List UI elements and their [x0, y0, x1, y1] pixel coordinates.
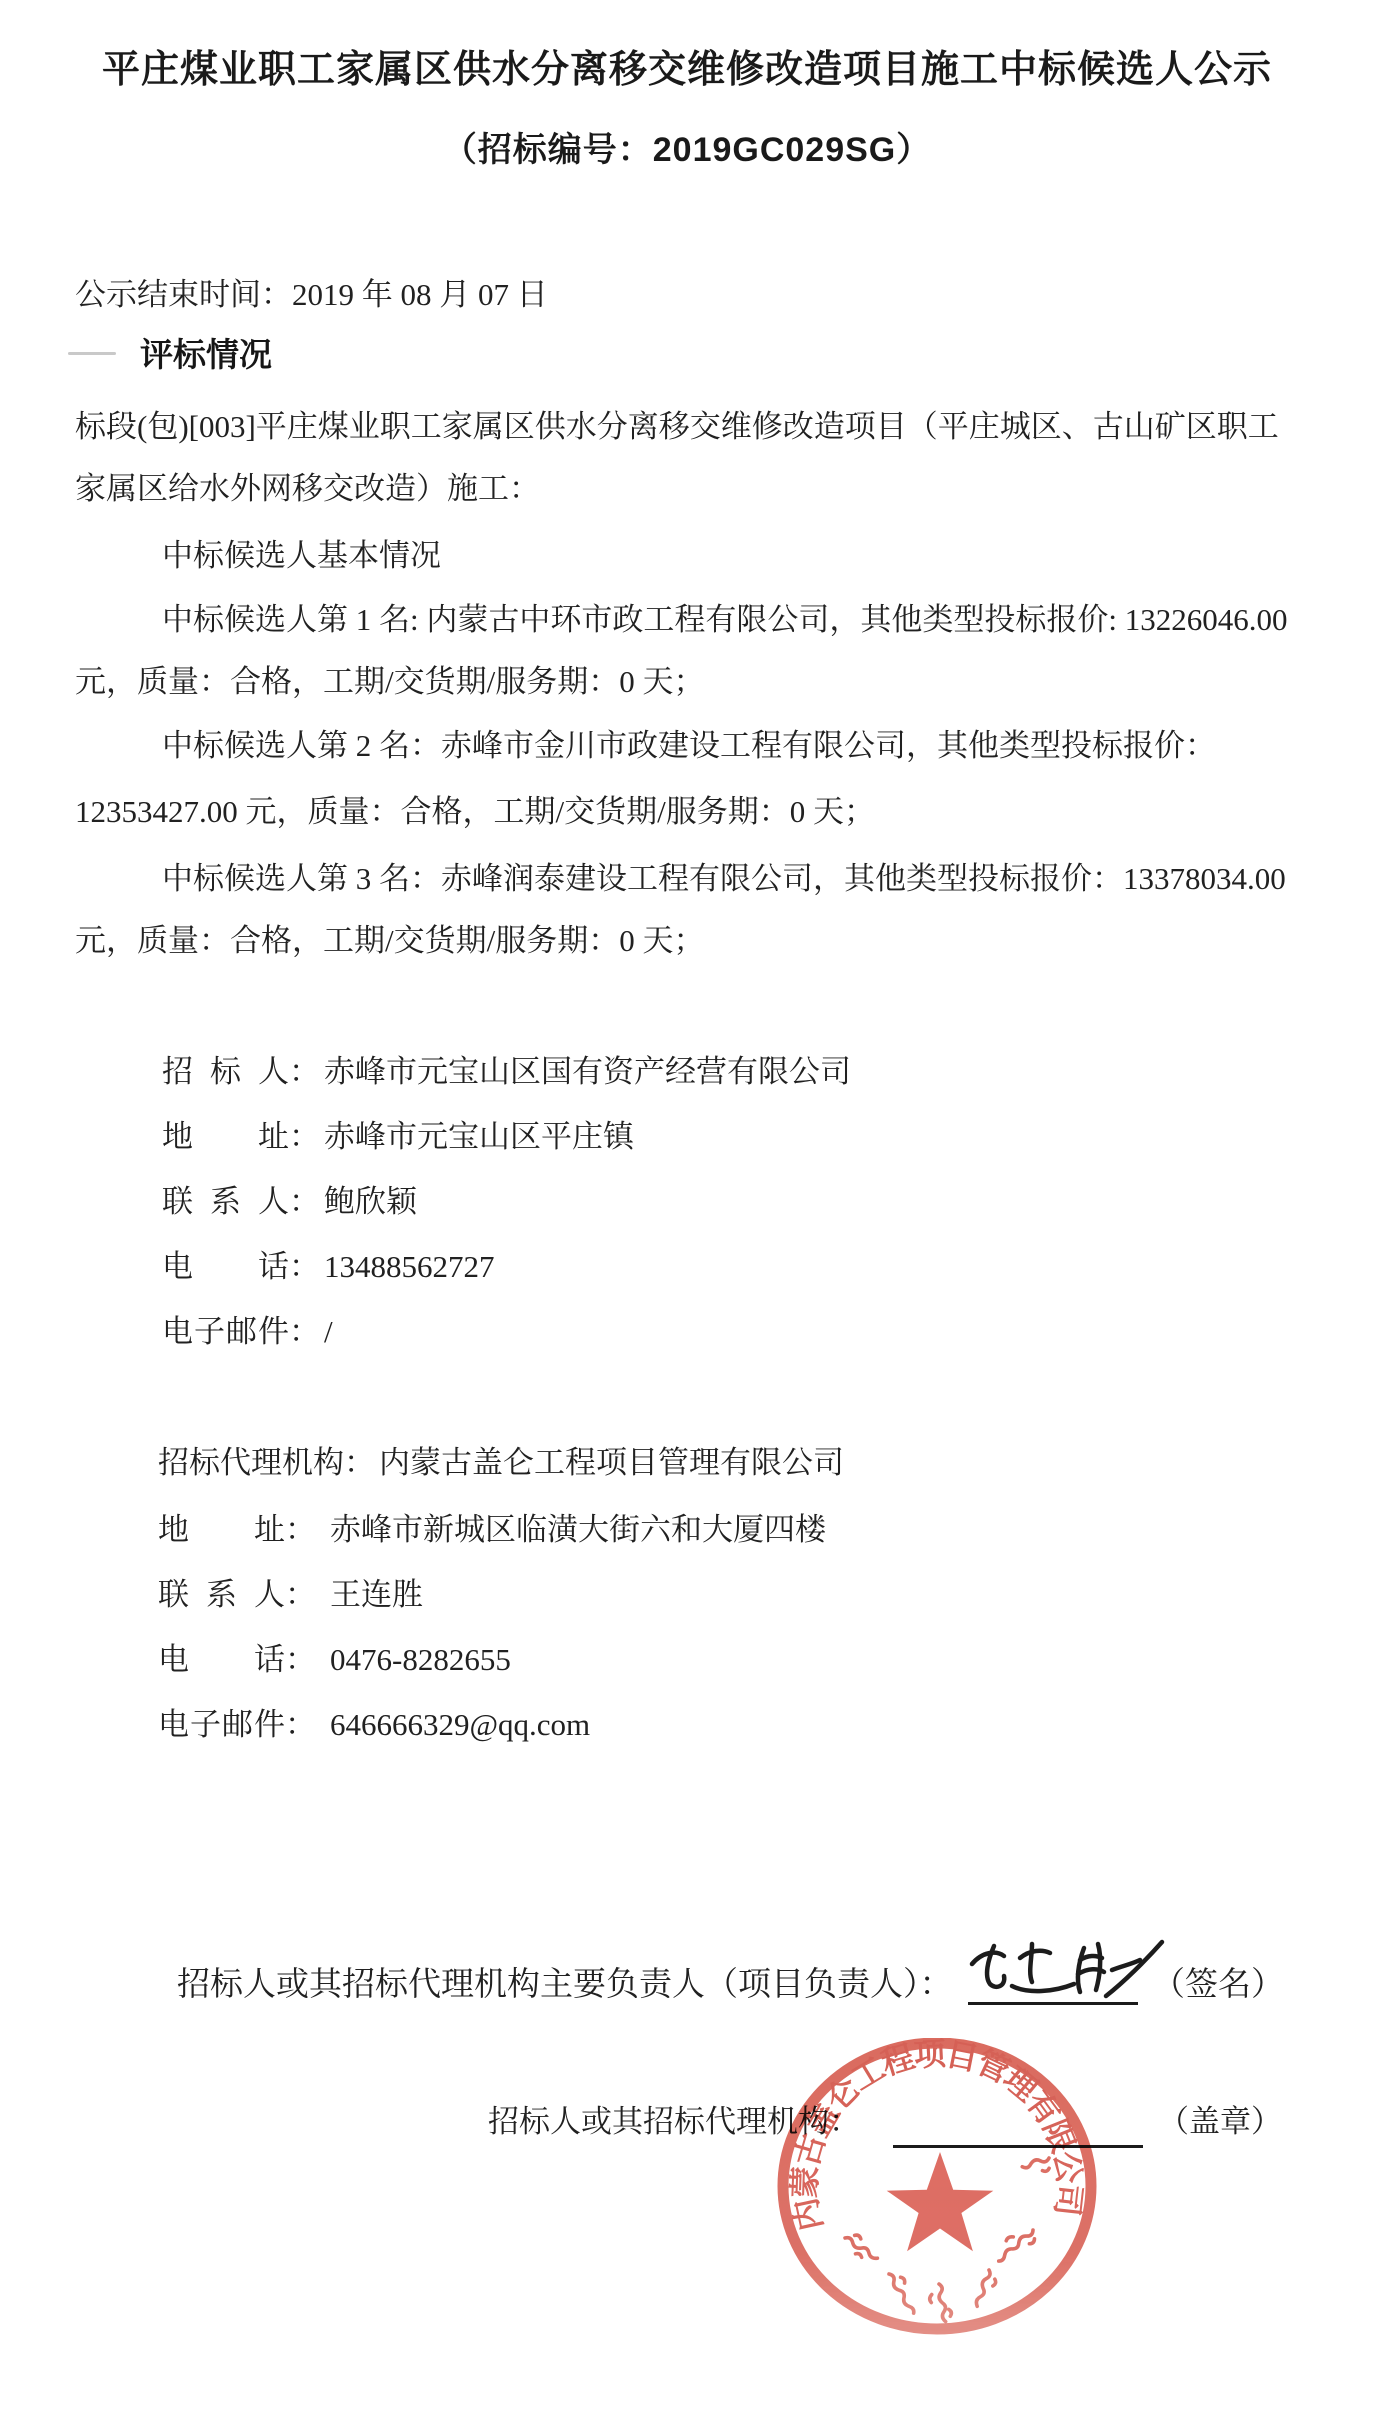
seal-line-suffix: （盖章）: [1158, 2100, 1282, 2144]
tenderer-email-value: /: [324, 1314, 333, 1349]
signature-stroke: [1020, 1951, 1050, 1958]
agency-phone-value: 0476-8282655: [330, 1642, 511, 1677]
colon: ：: [285, 1512, 316, 1547]
tenderer-address-value: 赤峰市元宝山区平庄镇: [324, 1119, 634, 1154]
tenderer-name-label: 招标人: [162, 1050, 289, 1094]
colon: ：: [289, 1119, 320, 1154]
agency-name-label: 招标代理机构: [158, 1445, 344, 1480]
candidates-basic-heading: 中标候选人基本情况: [162, 534, 441, 578]
tenderer-email-label: 电子邮件: [162, 1310, 289, 1354]
agency-address-label: 地址: [158, 1508, 285, 1552]
tenderer-name-value: 赤峰市元宝山区国有资产经营有限公司: [324, 1054, 851, 1089]
candidate-1-line-1: 中标候选人第 1 名: 内蒙古中环市政工程有限公司，其他类型投标报价: 1322…: [162, 598, 1287, 642]
candidate-2-line-1: 中标候选人第 2 名：赤峰市金川市政建设工程有限公司，其他类型投标报价：: [162, 724, 1216, 768]
colon: ：: [285, 1577, 316, 1612]
agency-email-label: 电子邮件: [158, 1703, 285, 1747]
lot-paragraph-line-2: 家属区给水外网移交改造）施工：: [75, 467, 540, 511]
colon: ：: [285, 1642, 316, 1677]
section-heading-evaluation: 评标情况: [140, 334, 272, 378]
agency-contact-value: 王连胜: [330, 1577, 423, 1612]
publicity-end-line: 公示结束时间：2019 年 08 月 07 日: [75, 273, 548, 317]
colon: ：: [344, 1445, 375, 1480]
agency-contact-label: 联系人: [158, 1573, 285, 1617]
agency-name-row: 招标代理机构：内蒙古盖仑工程项目管理有限公司: [158, 1441, 844, 1485]
bid-number-subtitle: （招标编号：2019GC029SG）: [0, 128, 1374, 172]
tenderer-name-row: 招标人：赤峰市元宝山区国有资产经营有限公司: [162, 1050, 851, 1094]
tenderer-phone-label: 电话: [162, 1245, 289, 1289]
tenderer-address-label: 地址: [162, 1115, 289, 1159]
tenderer-contact-label: 联系人: [162, 1180, 289, 1224]
candidate-3-line-1: 中标候选人第 3 名：赤峰润泰建设工程有限公司，其他类型投标报价：1337803…: [162, 857, 1286, 901]
colon: ：: [285, 1707, 316, 1742]
signature-underline: [968, 2002, 1138, 2005]
signature-stroke: [1096, 1944, 1100, 1990]
tenderer-phone-row: 电话：13488562727: [162, 1245, 495, 1289]
signature-stroke: [1030, 1944, 1032, 1982]
colon: ：: [289, 1184, 320, 1219]
responsible-person-label: 招标人或其招标代理机构主要负责人（项目负责人）：: [177, 1963, 953, 2007]
colon: ：: [289, 1314, 320, 1349]
signature-stroke: [1012, 1984, 1074, 1991]
scan-artifact-dash: [68, 352, 116, 355]
candidate-2-line-2: 12353427.00 元，质量：合格，工期/交货期/服务期：0 天；: [75, 790, 875, 834]
scanned-document-page: 平庄煤业职工家属区供水分离移交维修改造项目施工中标候选人公示 （招标编号：201…: [0, 0, 1374, 2412]
agency-address-row: 地址：赤峰市新城区临潢大街六和大厦四楼: [158, 1508, 826, 1552]
tenderer-email-row: 电子邮件：/: [162, 1310, 333, 1354]
agency-phone-label: 电话: [158, 1638, 285, 1682]
tenderer-contact-value: 鲍欣颖: [324, 1184, 417, 1219]
tenderer-address-row: 地址：赤峰市元宝山区平庄镇: [162, 1115, 634, 1159]
company-seal-stamp: 内蒙古盖仑工程项目管理有限公司: [777, 2038, 1097, 2348]
agency-contact-row: 联系人：王连胜: [158, 1573, 423, 1617]
agency-phone-row: 电话：0476-8282655: [158, 1638, 511, 1682]
page-title: 平庄煤业职工家属区供水分离移交维修改造项目施工中标候选人公示: [0, 48, 1374, 92]
tenderer-phone-value: 13488562727: [324, 1249, 495, 1284]
agency-email-row: 电子邮件：646666329@qq.com: [158, 1703, 590, 1747]
candidate-1-line-2: 元，质量：合格，工期/交货期/服务期：0 天；: [75, 660, 704, 704]
agency-name-value: 内蒙古盖仑工程项目管理有限公司: [379, 1445, 844, 1480]
colon: ：: [289, 1249, 320, 1284]
colon: ：: [289, 1054, 320, 1089]
agency-email-value: 646666329@qq.com: [330, 1707, 590, 1742]
lot-paragraph-line-1: 标段(包)[003]平庄煤业职工家属区供水分离移交维修改造项目（平庄城区、古山矿…: [75, 405, 1279, 449]
candidate-3-line-2: 元，质量：合格，工期/交货期/服务期：0 天；: [75, 919, 704, 963]
signature-suffix: （签名）: [1152, 1963, 1284, 2007]
agency-address-value: 赤峰市新城区临潢大街六和大厦四楼: [330, 1512, 826, 1547]
tenderer-contact-row: 联系人：鲍欣颖: [162, 1180, 417, 1224]
red-star-icon: [887, 2152, 994, 2251]
